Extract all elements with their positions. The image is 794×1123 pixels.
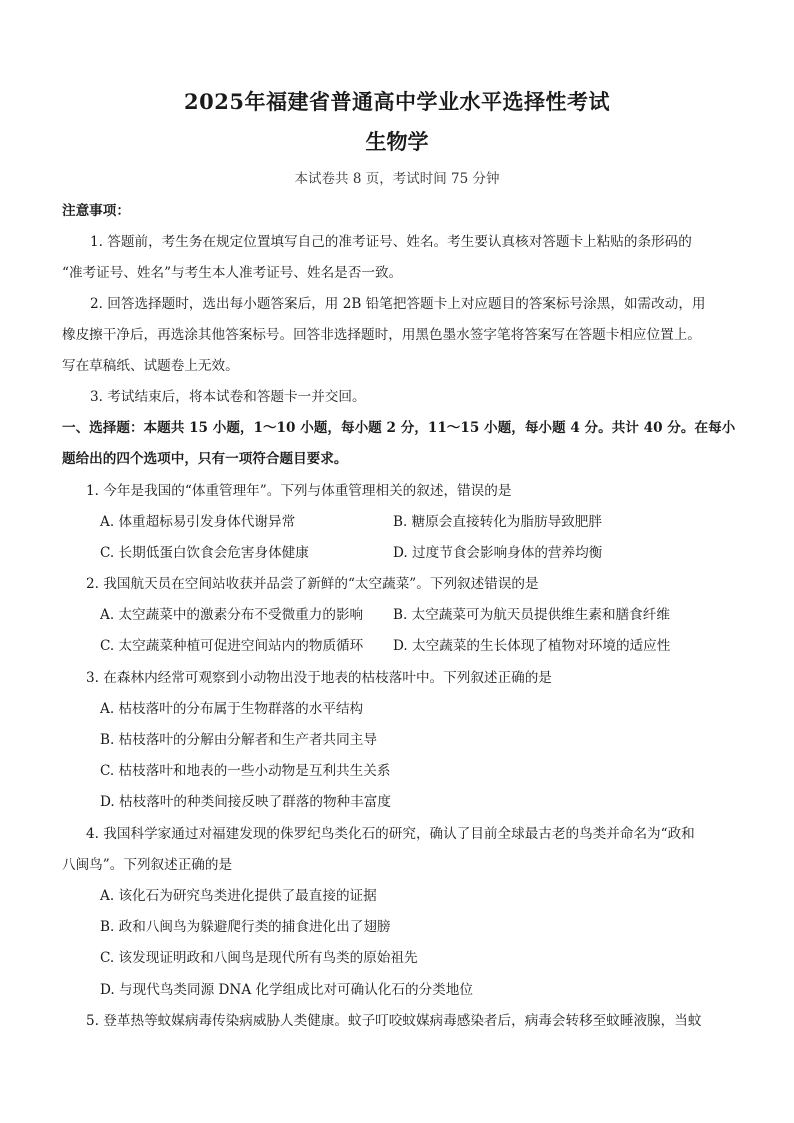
question-4-option-a: A. 该化石为研究鸟类进化提供了最直接的证据 [100, 886, 734, 906]
exam-title: 2025年福建省普通高中学业水平选择性考试 [0, 88, 794, 116]
question-4-stem-cont: 八闽鸟”。下列叙述正确的是 [62, 855, 734, 875]
question-2-option-b: B. 太空蔬菜可为航天员提供维生素和膳食纤维 [393, 605, 733, 625]
question-1-stem: 1. 今年是我国的“体重管理年”。下列与体重管理相关的叙述，错误的是 [86, 481, 758, 501]
question-4-option-d: D. 与现代鸟类同源 DNA 化学组成比对可确认化石的分类地位 [100, 980, 734, 1000]
exam-page: 2025年福建省普通高中学业水平选择性考试 生物学 本试卷共 8 页，考试时间 … [0, 0, 794, 1123]
section-heading: 一、选择题：本题共 15 小题，1～10 小题，每小题 2 分，11～15 小题… [62, 418, 734, 438]
notice-line: 橡皮擦干净后，再选涂其他答案标号。回答非选择题时，用黑色墨水签字笔将答案写在答题… [62, 325, 734, 345]
question-1-option-b: B. 糖原会直接转化为脂肪导致肥胖 [393, 512, 733, 532]
question-1-option-c: C. 长期低蛋白饮食会危害身体健康 [100, 543, 390, 563]
question-1-option-a: A. 体重超标易引发身体代谢异常 [100, 512, 390, 532]
notice-line: 2. 回答选择题时，选出每小题答案后，用 2B 铅笔把答题卡上对应题目的答案标号… [90, 294, 762, 314]
question-2-option-c: C. 太空蔬菜种植可促进空间站内的物质循环 [100, 636, 390, 656]
question-3-option-c: C. 枯枝落叶和地表的一些小动物是互利共生关系 [100, 761, 734, 781]
question-3-option-a: A. 枯枝落叶的分布属于生物群落的水平结构 [100, 699, 734, 719]
notice-line: 写在草稿纸、试题卷上无效。 [62, 356, 734, 376]
question-4-option-c: C. 该发现证明政和八闽鸟是现代所有鸟类的原始祖先 [100, 948, 734, 968]
question-2-stem: 2. 我国航天员在空间站收获并品尝了新鲜的“太空蔬菜”。下列叙述错误的是 [86, 574, 758, 594]
question-4-option-b: B. 政和八闽鸟为躲避爬行类的捕食进化出了翅膀 [100, 917, 734, 937]
exam-meta: 本试卷共 8 页，考试时间 75 分钟 [0, 170, 794, 188]
question-5-stem: 5. 登革热等蚊媒病毒传染病威胁人类健康。蚊子叮咬蚊媒病毒感染者后，病毒会转移至… [86, 1011, 758, 1031]
exam-subject: 生物学 [0, 128, 794, 156]
question-4-stem: 4. 我国科学家通过对福建发现的侏罗纪鸟类化石的研究，确认了目前全球最古老的鸟类… [86, 824, 758, 844]
section-heading: 题给出的四个选项中，只有一项符合题目要求。 [62, 449, 734, 469]
notice-line: “准考证号、姓名”与考生本人准考证号、姓名是否一致。 [62, 263, 734, 283]
notice-line: 3. 考试结束后，将本试卷和答题卡一并交回。 [90, 387, 762, 407]
question-2-option-a: A. 太空蔬菜中的激素分布不受微重力的影响 [100, 605, 390, 625]
question-3-option-b: B. 枯枝落叶的分解由分解者和生产者共同主导 [100, 730, 734, 750]
question-2-option-d: D. 太空蔬菜的生长体现了植物对环境的适应性 [393, 636, 733, 656]
question-3-stem: 3. 在森林内经常可观察到小动物出没于地表的枯枝落叶中。下列叙述正确的是 [86, 668, 758, 688]
notice-line: 1. 答题前，考生务在规定位置填写自己的准考证号、姓名。考生要认真核对答题卡上粘… [90, 232, 762, 252]
question-1-option-d: D. 过度节食会影响身体的营养均衡 [393, 543, 733, 563]
notice-heading: 注意事项： [62, 201, 734, 221]
question-3-option-d: D. 枯枝落叶的种类间接反映了群落的物种丰富度 [100, 792, 734, 812]
